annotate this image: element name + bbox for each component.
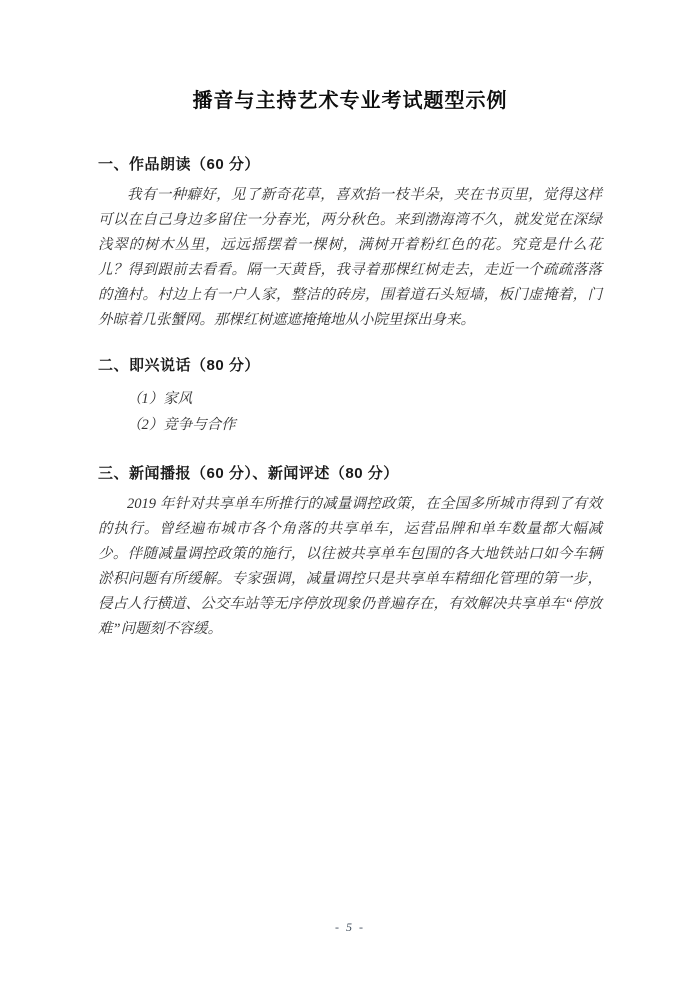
- list-item: （1）家风: [98, 386, 602, 412]
- list-item: （2）竞争与合作: [98, 412, 602, 438]
- section-news-broadcast: 三、新闻播报（60 分）、新闻评述（80 分） 2019 年针对共享单车所推行的…: [98, 464, 602, 642]
- page-title: 播音与主持艺术专业考试题型示例: [0, 84, 700, 113]
- section-heading: 一、作品朗读（60 分）: [98, 155, 602, 175]
- paragraph: 我有一种癖好，见了新奇花草，喜欢掐一枝半朵，夹在书页里，觉得这样可以在自己身边多…: [98, 183, 602, 333]
- section-impromptu-speech: 二、即兴说话（80 分） （1）家风 （2）竞争与合作: [98, 356, 602, 438]
- section-heading: 三、新闻播报（60 分）、新闻评述（80 分）: [98, 464, 602, 484]
- document-content: 一、作品朗读（60 分） 我有一种癖好，见了新奇花草，喜欢掐一枝半朵，夹在书页里…: [98, 155, 602, 642]
- topic-list: （1）家风 （2）竞争与合作: [98, 386, 602, 438]
- section-work-reading: 一、作品朗读（60 分） 我有一种癖好，见了新奇花草，喜欢掐一枝半朵，夹在书页里…: [98, 155, 602, 333]
- document-page: 播音与主持艺术专业考试题型示例 一、作品朗读（60 分） 我有一种癖好，见了新奇…: [0, 0, 700, 996]
- section-heading: 二、即兴说话（80 分）: [98, 356, 602, 376]
- paragraph: 2019 年针对共享单车所推行的减量调控政策，在全国多所城市得到了有效的执行。曾…: [98, 492, 602, 642]
- page-number: - 5 -: [0, 920, 700, 935]
